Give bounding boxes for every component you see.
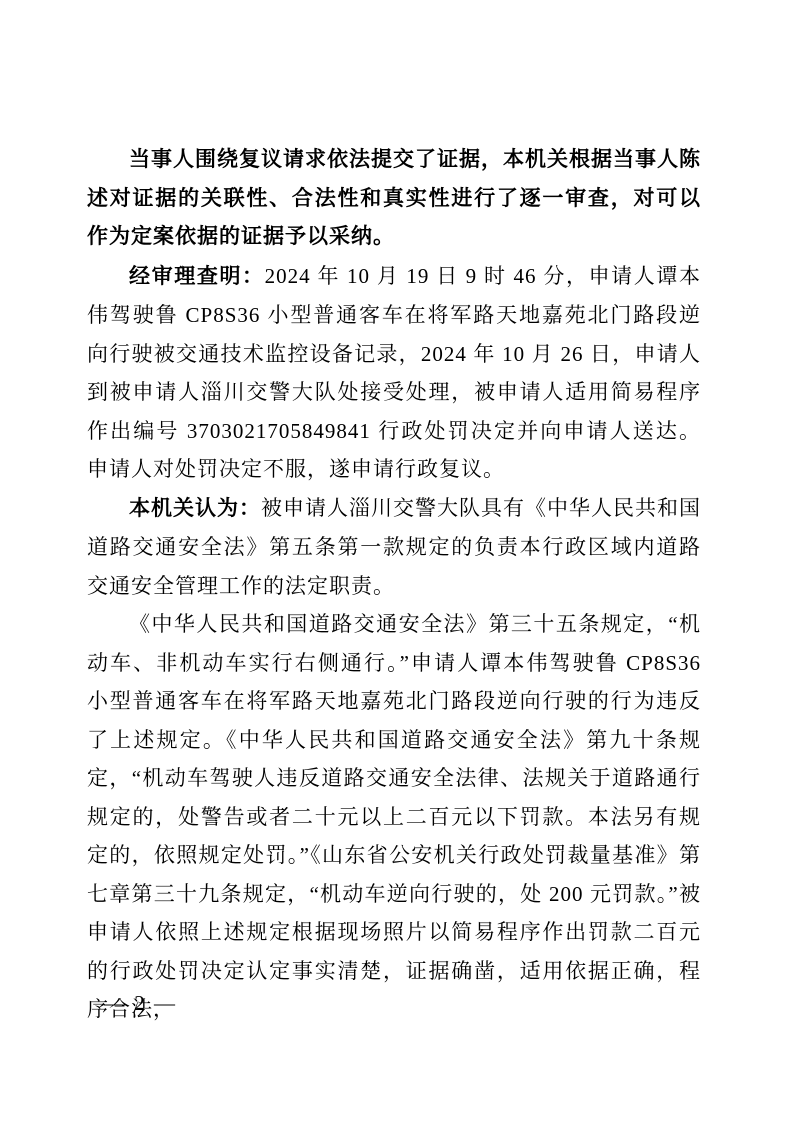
paragraph-authority-opinion: 本机关认为：被申请人淄川交警大队具有《中华人民共和国道路交通安全法》第五条第一款…	[87, 489, 701, 606]
paragraph-evidence-review: 当事人围绕复议请求依法提交了证据，本机关根据当事人陈述对证据的关联性、合法性和真…	[87, 141, 701, 257]
paragraph-legal-basis-text: 《中华人民共和国道路交通安全法》第三十五条规定，“机动车、非机动车实行右侧通行。…	[87, 612, 701, 1021]
paragraph-findings: 经审理查明：2024 年 10 月 19 日 9 时 46 分，申请人谭本伟驾驶…	[87, 257, 701, 489]
opinion-lead: 本机关认为：	[129, 497, 261, 520]
paragraph-evidence-review-text: 当事人围绕复议请求依法提交了证据，本机关根据当事人陈述对证据的关联性、合法性和真…	[87, 148, 701, 248]
page-number: — 2 —	[104, 988, 177, 1018]
findings-lead: 经审理查明：	[129, 265, 265, 288]
document-body: 当事人围绕复议请求依法提交了证据，本机关根据当事人陈述对证据的关联性、合法性和真…	[87, 141, 701, 1029]
paragraph-findings-text: 2024 年 10 月 19 日 9 时 46 分，申请人谭本伟驾驶鲁 CP8S…	[87, 264, 701, 482]
paragraph-legal-basis: 《中华人民共和国道路交通安全法》第三十五条规定，“机动车、非机动车实行右侧通行。…	[87, 605, 701, 1029]
document-page: 当事人围绕复议请求依法提交了证据，本机关根据当事人陈述对证据的关联性、合法性和真…	[0, 0, 794, 1123]
